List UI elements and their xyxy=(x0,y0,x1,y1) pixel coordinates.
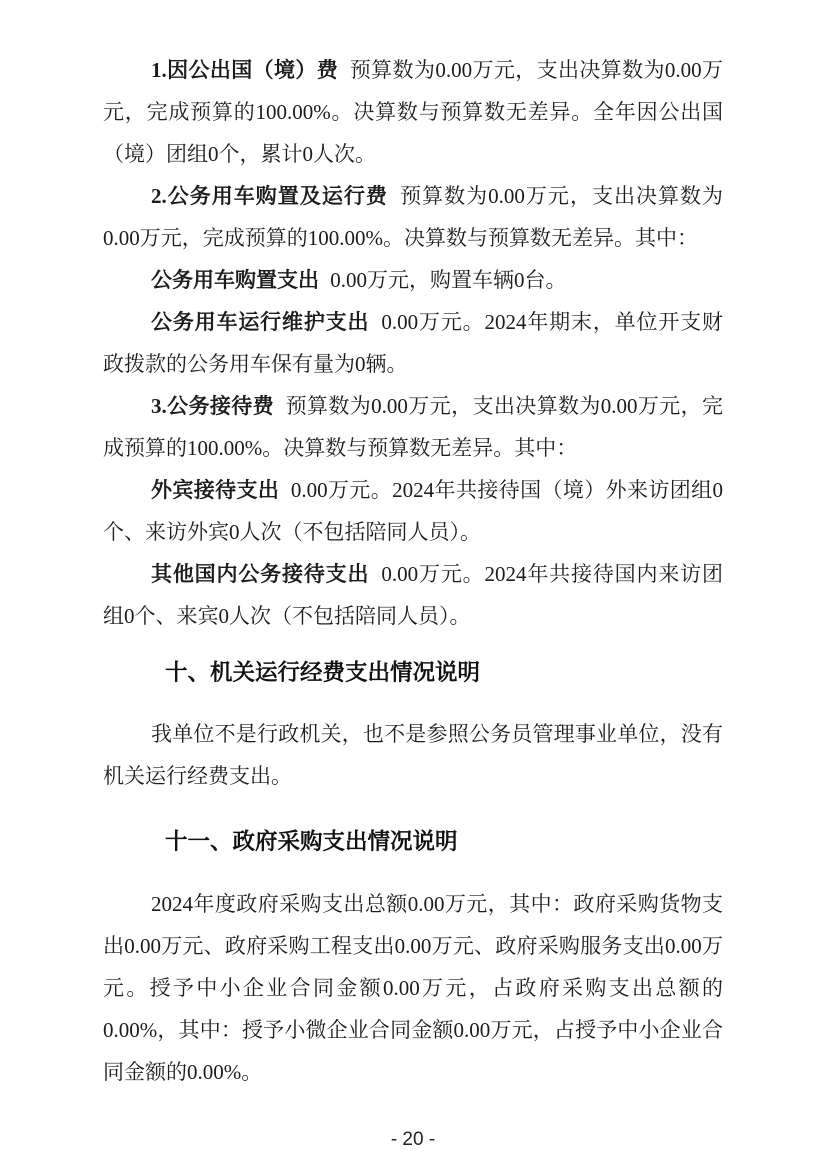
para-vehicle-purchase-lead: 公务用车购置支出 xyxy=(151,268,319,292)
para-vehicle-maintenance: 公务用车运行维护支出 0.00万元。2024年期末，单位开支财政拨款的公务用车保… xyxy=(103,301,723,385)
para-vehicle-maintenance-lead: 公务用车运行维护支出 xyxy=(151,310,369,334)
para-vehicle-purchase-text: 0.00万元，购置车辆0台。 xyxy=(325,268,567,292)
heading-section-11-government-procurement: 十一、政府采购支出情况说明 xyxy=(103,827,723,857)
para-government-procurement: 2024年度政府采购支出总额0.00万元，其中：政府采购货物支出0.00万元、政… xyxy=(103,883,723,1093)
heading-section-10-operating-expenses: 十、机关运行经费支出情况说明 xyxy=(103,658,723,688)
para-foreign-guest-reception: 外宾接待支出 0.00万元。2024年共接待国（境）外来访团组0个、来访外宾0人… xyxy=(103,469,723,553)
para-vehicle-purchase: 公务用车购置支出 0.00万元，购置车辆0台。 xyxy=(103,259,723,301)
para-domestic-reception-lead: 其他国内公务接待支出 xyxy=(151,562,369,586)
para-foreign-guest-reception-lead: 外宾接待支出 xyxy=(151,478,279,502)
para-agency-operating-expenses-text: 我单位不是行政机关，也不是参照公务员管理事业单位，没有机关运行经费支出。 xyxy=(103,722,723,788)
document-page: 1.因公出国（境）费 预算数为0.00万元，支出决算数为0.00万元，完成预算的… xyxy=(0,0,826,1169)
para-government-procurement-text: 2024年度政府采购支出总额0.00万元，其中：政府采购货物支出0.00万元、政… xyxy=(103,892,723,1084)
page-number: - 20 - xyxy=(0,1129,826,1151)
para-vehicle-purchase-and-operation: 2.公务用车购置及运行费 预算数为0.00万元，支出决算数为0.00万元，完成预… xyxy=(103,175,723,259)
para-official-visits-abroad: 1.因公出国（境）费 预算数为0.00万元，支出决算数为0.00万元，完成预算的… xyxy=(103,49,723,175)
page-content: 1.因公出国（境）费 预算数为0.00万元，支出决算数为0.00万元，完成预算的… xyxy=(103,49,723,1093)
para-official-visits-abroad-lead: 1.因公出国（境）费 xyxy=(151,58,338,82)
para-official-reception-lead: 3.公务接待费 xyxy=(151,394,274,418)
para-official-reception: 3.公务接待费 预算数为0.00万元，支出决算数为0.00万元，完成预算的100… xyxy=(103,385,723,469)
para-domestic-reception: 其他国内公务接待支出 0.00万元。2024年共接待国内来访团组0个、来宾0人次… xyxy=(103,553,723,637)
para-vehicle-purchase-and-operation-lead: 2.公务用车购置及运行费 xyxy=(151,184,388,208)
para-agency-operating-expenses: 我单位不是行政机关，也不是参照公务员管理事业单位，没有机关运行经费支出。 xyxy=(103,713,723,797)
